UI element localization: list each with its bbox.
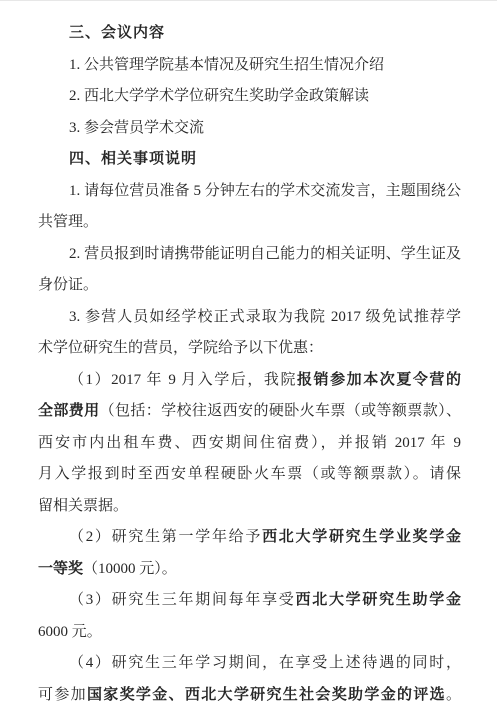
document-line: （3）研究生三年期间每年享受西北大学研究生助学金 (38, 585, 461, 617)
text-segment: 3. 参营人员如经学校正式录取为我院 2017 级免试推荐学 (69, 309, 461, 325)
text-segment: （2）研究生第一学年给予 (69, 529, 262, 545)
text-segment: 。 (446, 687, 461, 703)
text-segment: 月入学报到时至西安单程硬卧火车票（或等额票款）。请保 (38, 466, 461, 482)
document-line: （4）研究生三年学习期间，在享受上述待遇的同时， (38, 648, 461, 680)
text-segment: 2. 营员报到时请携带能证明自己能力的相关证明、学生证及 (69, 246, 461, 262)
document-line: 1. 请每位营员准备 5 分钟左右的学术交流发言，主题围绕公 (38, 176, 461, 208)
document-line: 共管理。 (38, 207, 461, 239)
document-line: 身份证。 (38, 270, 461, 302)
text-segment: 共管理。 (38, 214, 98, 230)
text-segment: （3）研究生三年期间每年享受 (69, 592, 296, 608)
document-line: （2）研究生第一学年给予西北大学研究生学业奖学金 (38, 522, 461, 554)
document-line: 西安市内出租车费、西安期间住宿费），并报销 2017 年 9 (38, 428, 461, 460)
text-segment: 西安市内出租车费、西安期间住宿费），并报销 2017 年 9 (38, 435, 461, 451)
text-segment-bold: 国家奖学金、西北大学研究生社会奖助学金的评选 (87, 687, 446, 703)
text-segment-bold: 一等奖 (38, 561, 83, 577)
text-segment: 1. 请每位营员准备 5 分钟左右的学术交流发言，主题围绕公 (69, 183, 461, 199)
text-segment-bold: 四、相关事项说明 (69, 151, 197, 167)
text-segment-bold: 西北大学研究生学业奖学金 (262, 529, 461, 545)
document-line: 留相关票据。 (38, 491, 461, 523)
text-segment: （4）研究生三年学习期间，在享受上述待遇的同时， (69, 655, 461, 671)
text-segment: （1）2017 年 9 月入学后，我院 (69, 372, 297, 388)
document-line: 可参加国家奖学金、西北大学研究生社会奖助学金的评选。 (38, 680, 461, 712)
document-line: 3. 参会营员学术交流 (38, 113, 461, 145)
document-line: 月入学报到时至西安单程硬卧火车票（或等额票款）。请保 (38, 459, 461, 491)
text-segment-bold: 西北大学研究生助学金 (296, 592, 461, 608)
document-line: （1）2017 年 9 月入学后，我院报销参加本次夏令营的 (38, 365, 461, 397)
text-segment: 留相关票据。 (38, 498, 128, 514)
text-segment: 3. 参会营员学术交流 (69, 120, 204, 136)
document-line: 6000 元。 (38, 617, 461, 649)
text-segment: 2. 西北大学学术学位研究生奖助学金政策解读 (69, 88, 369, 104)
document-line: 3. 参营人员如经学校正式录取为我院 2017 级免试推荐学 (38, 302, 461, 334)
document-line: 全部费用（包括：学校往返西安的硬卧火车票（或等额票款）、 (38, 396, 461, 428)
document-line: 2. 营员报到时请携带能证明自己能力的相关证明、学生证及 (38, 239, 461, 271)
text-segment: 1. 公共管理学院基本情况及研究生招生情况介绍 (69, 57, 384, 73)
document-line: 2. 西北大学学术学位研究生奖助学金政策解读 (38, 81, 461, 113)
text-segment: 6000 元。 (38, 624, 102, 640)
text-segment: 身份证。 (38, 277, 98, 293)
text-segment-bold: 报销参加本次夏令营的 (297, 372, 461, 388)
text-segment: 术学位研究生的营员，学院给予以下优惠： (38, 340, 323, 356)
document-line: 一等奖（10000 元）。 (38, 554, 461, 586)
text-segment-bold: 三、会议内容 (69, 25, 165, 41)
document-page: 三、会议内容1. 公共管理学院基本情况及研究生招生情况介绍2. 西北大学学术学位… (0, 0, 497, 717)
document-line: 术学位研究生的营员，学院给予以下优惠： (38, 333, 461, 365)
text-segment: （包括：学校往返西安的硬卧火车票（或等额票款）、 (100, 403, 461, 419)
section-heading: 三、会议内容 (38, 18, 461, 50)
document-line: 1. 公共管理学院基本情况及研究生招生情况介绍 (38, 50, 461, 82)
text-segment-bold: 全部费用 (38, 403, 100, 419)
text-segment: （10000 元）。 (83, 561, 177, 577)
text-segment: 可参加 (38, 687, 87, 703)
document-body: 三、会议内容1. 公共管理学院基本情况及研究生招生情况介绍2. 西北大学学术学位… (0, 1, 497, 711)
section-heading: 四、相关事项说明 (38, 144, 461, 176)
